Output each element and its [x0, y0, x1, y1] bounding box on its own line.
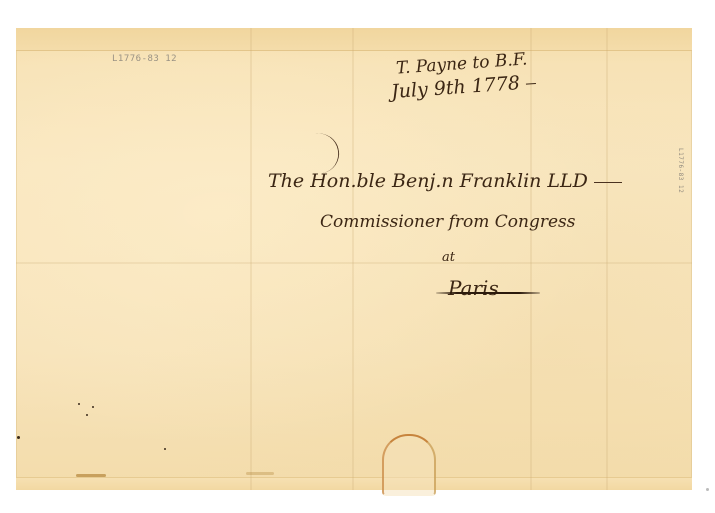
address-text-1: The Hon.ble Benj.n Franklin LLD [268, 170, 588, 192]
fold-line-horizontal [16, 262, 692, 264]
bottom-paper-strip [16, 477, 692, 490]
address-line-3: at [442, 250, 455, 265]
address-line-4: Paris [448, 276, 499, 300]
top-paper-strip [16, 28, 692, 51]
ink-speck [92, 406, 94, 408]
fold-line-vertical [606, 28, 608, 490]
address-dash [594, 182, 622, 183]
faint-stamp-mark [419, 95, 494, 144]
address-line-2: Commissioner from Congress [320, 212, 575, 232]
ink-smudge [76, 474, 106, 477]
document-paper: L1776-83 12 L1776-83 12 T. Payne to B.F.… [16, 28, 692, 490]
ink-speck [78, 403, 80, 405]
address-line-1: The Hon.ble Benj.n Franklin LLD [268, 170, 622, 192]
archival-number-right: L1776-83 12 [677, 148, 684, 193]
fold-line-vertical [250, 28, 252, 490]
scan-speck [706, 488, 709, 491]
ink-smudge [246, 472, 274, 475]
ink-speck [86, 414, 88, 416]
archival-number-left: L1776-83 12 [112, 54, 177, 64]
fold-line-vertical [530, 28, 532, 490]
paris-underline [436, 292, 540, 294]
pen-flourish [313, 130, 343, 173]
ink-speck [164, 448, 166, 450]
fold-line-vertical [352, 28, 354, 490]
ink-speck [17, 436, 20, 439]
seal-stain [382, 434, 436, 496]
docket-dash [526, 82, 536, 84]
